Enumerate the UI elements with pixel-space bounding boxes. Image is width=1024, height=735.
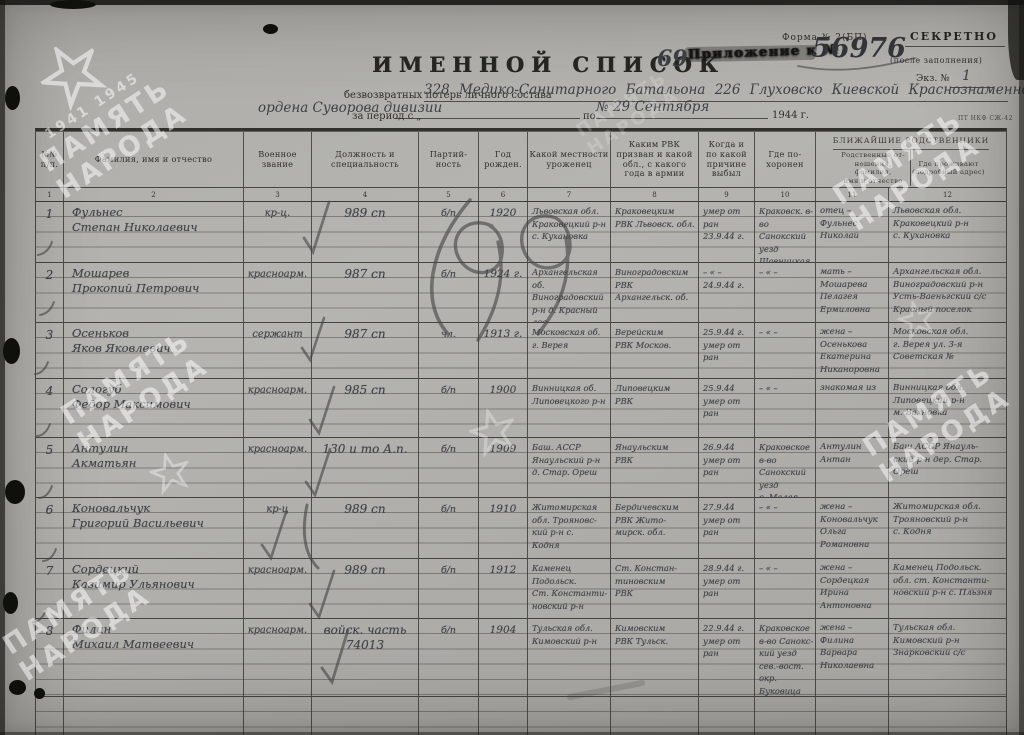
column-header: Родственные от- ношения, фамилия, имя и … (836, 150, 911, 186)
table-cell: 22.9.44 г. умер от ран (699, 619, 755, 697)
table-cell: 130 и то А.п. (312, 438, 419, 498)
table-cell: 987 сп (312, 323, 419, 379)
losses-table: №№ п/п. Фамилия, имя и отчество Военное … (35, 128, 1007, 735)
table-cell: Фульнес Степан Николаевич (64, 202, 244, 263)
table-cell (889, 697, 1006, 735)
punch-hole (9, 680, 26, 695)
table-cell: Житомирская обл. Трояновский р-н с. Кодн… (889, 498, 1006, 559)
table-row: 7Сордецкий Казимир Ульяновичкрасноарм.98… (36, 559, 1006, 619)
table-cell: 989 сп (312, 498, 419, 559)
table-cell (816, 697, 889, 735)
table-cell: 25.9.44 умер от ран (699, 379, 755, 438)
table-cell: 4 (36, 379, 64, 438)
table-cell: – « – 24.9.44 г. (699, 263, 755, 323)
table-cell: 5 (36, 438, 64, 498)
table-cell: 7 (36, 559, 64, 619)
column-header: Каким РВК призван и какой обл., с какого… (611, 132, 699, 187)
table-cell: 2 (36, 263, 64, 323)
table-cell (479, 697, 528, 735)
table-cell (312, 697, 419, 735)
table-cell: 25.9.44 г. умер от ран (699, 323, 755, 379)
table-cell (611, 697, 699, 735)
column-header: Военное звание (244, 132, 312, 187)
subtitle-rule (424, 101, 1008, 102)
table-cell: Каменец Подольск. обл. ст. Константи- но… (889, 559, 1006, 619)
table-cell: Тульская обл. Кимовский р-н (528, 619, 611, 697)
table-cell: Верейским РВК Москов. (611, 323, 699, 379)
table-cell: кр-ц. (244, 202, 312, 263)
table-cell: Тульская обл. Кимовский р-н Знарковский … (889, 619, 1006, 697)
period-handwritten: ордена Суворова дивизии (258, 100, 442, 116)
table-cell: Янаульским РВК (611, 438, 699, 498)
table-cell: Московская об. г. Верея (528, 323, 611, 379)
table-cell: Антулин Антан (816, 438, 889, 498)
column-header: Фамилия, имя и отчество (64, 132, 244, 187)
table-row: 5Антулин Акматьянкрасноарм.130 и то А.п.… (36, 438, 1006, 498)
table-cell: Московская обл. г. Верея ул. 3-я Советск… (889, 323, 1006, 379)
period-printed-po: по (583, 111, 596, 122)
table-row: 2Мошарев Прокопий Петровичкрасноарм.987 … (36, 263, 1006, 323)
table-cell: Львовская обл. Краковецкий р-н с. Кухано… (889, 202, 1006, 263)
column-number: 8 (611, 188, 699, 201)
table-cell: 1909 (479, 438, 528, 498)
table-cell: Архангельская обл. Виноградовский р-н Ус… (889, 263, 1006, 323)
table-cell: 1913 г. (479, 323, 528, 379)
table-cell: 1912 (479, 559, 528, 619)
table-cell: отец – Фульнес Николай (816, 202, 889, 263)
title-number-handwritten: 69 (657, 46, 688, 72)
table-cell: 1904 (479, 619, 528, 697)
star-icon (28, 30, 114, 116)
period-rule-1 (395, 118, 580, 119)
table-cell: умер от ран 23.9.44 г. (699, 202, 755, 263)
table-cell: Львовская обл. Краковецкий р-н с. Кухано… (528, 202, 611, 263)
table-cell: – « – (755, 559, 816, 619)
column-number: 4 (312, 188, 419, 201)
column-number: 2 (64, 188, 244, 201)
table-cell: Антулин Акматьян (64, 438, 244, 498)
print-code: ПТ НКФ СЖ-42 (958, 115, 1013, 122)
column-header: Когда и по какой причине выбыл (699, 132, 755, 187)
table-cell: Баш. АССР Янаульский р-н д. Стар. Ореш (528, 438, 611, 498)
table-cell (528, 697, 611, 735)
column-header: Где проживают (подробный адрес) (911, 150, 986, 186)
column-header: Какой местности уроженец (528, 132, 611, 187)
table-cell: Каменец Подольск. Ст. Константи- новский… (528, 559, 611, 619)
table-cell: б/п (419, 619, 479, 697)
table-cell: б/п (419, 379, 479, 438)
table-cell: Коновальчук Григорий Васильевич (64, 498, 244, 559)
table-cell: Мошарев Прокопий Петрович (64, 263, 244, 323)
column-number-row: 1 2 3 4 5 6 7 8 9 10 11 12 (36, 187, 1006, 202)
table-cell: красноарм. (244, 263, 312, 323)
table-row: 1Фульнес Степан Николаевичкр-ц.989 спб/п… (36, 202, 1006, 263)
period-rule-2 (596, 118, 768, 119)
table-header-row: №№ п/п. Фамилия, имя и отчество Военное … (36, 131, 1006, 187)
punch-hole (5, 86, 20, 110)
ink-spot (263, 24, 278, 34)
scan-edge-left (0, 0, 5, 735)
period-number-handwritten: № 29 Сентября (596, 99, 709, 115)
table-cell: Сордецкий Казимир Ульянович (64, 559, 244, 619)
table-row: 8Филин Михаил Матвеевичкрасноарм.войск. … (36, 619, 1006, 697)
scan-edge-top (0, 0, 1024, 5)
table-body: 1Фульнес Степан Николаевичкр-ц.989 спб/п… (36, 202, 1006, 735)
table-cell: Виноградовским РВК Архангельск. об. (611, 263, 699, 323)
table-cell: Ст. Констан- тиновским РВК (611, 559, 699, 619)
punch-hole (3, 338, 20, 364)
attachment-number-handwritten: 56976 (812, 33, 906, 64)
table-cell: красноарм. (244, 379, 312, 438)
table-cell: Краковецким РВК Львовск. обл. (611, 202, 699, 263)
punch-hole (3, 592, 18, 614)
table-cell: Сологуб Федор Максимович (64, 379, 244, 438)
paper-tear (50, 0, 96, 9)
table-cell: Житомирская обл. Трояновс- кий р-н с. Ко… (528, 498, 611, 559)
table-cell: Краковское в-во Санокс- кий уезд сев.-во… (755, 619, 816, 697)
table-cell: Баш АССР Янауль- ский р-н дер. Стар. Оре… (889, 438, 1006, 498)
column-number: 5 (419, 188, 479, 201)
table-row: 4Сологуб Федор Максимовичкрасноарм.985 с… (36, 379, 1006, 438)
table-cell: красноарм. (244, 619, 312, 697)
column-number: 6 (479, 188, 528, 201)
secret-underline (905, 46, 1005, 47)
table-cell: Архангельская об. Виноградовский р-н д. … (528, 263, 611, 323)
column-header: Где по- хоронен (755, 132, 816, 187)
table-cell: Бердичевским РВК Жито- мирск. обл. (611, 498, 699, 559)
table-cell: чл. (419, 323, 479, 379)
scan-edge-right (1019, 0, 1024, 735)
year-printed: 1944 г. (772, 110, 809, 121)
table-cell: Липовецким РВК (611, 379, 699, 438)
table-cell (699, 697, 755, 735)
secret-label: СЕКРЕТНО (910, 30, 998, 43)
column-number: 9 (699, 188, 755, 201)
empty-ruled-row (36, 697, 1006, 735)
column-header: Должность и специальность (312, 132, 419, 187)
table-cell: 985 сп (312, 379, 419, 438)
table-cell: жена – Коновальчук Ольга Романовна (816, 498, 889, 559)
table-cell: красноарм. (244, 559, 312, 619)
table-row: 3Осеньков Яков Яковлевичсержант987 спчл.… (36, 323, 1006, 379)
table-row: 6Коновальчук Григорий Васильевичкр-ц989 … (36, 498, 1006, 559)
table-cell: 6 (36, 498, 64, 559)
table-cell: жена – Осенькова Екатерина Никаноровна (816, 323, 889, 379)
table-cell: – « – (755, 498, 816, 559)
column-number: 3 (244, 188, 312, 201)
table-cell: красноарм. (244, 438, 312, 498)
table-cell (36, 697, 64, 735)
relatives-group-title: БЛИЖАЙШИЕ РОДСТВЕННИКИ (833, 133, 990, 150)
table-cell: мать – Мошарева Пелагея Ермиловна (816, 263, 889, 323)
table-cell: Осеньков Яков Яковлевич (64, 323, 244, 379)
table-cell: Филин Михаил Матвеевич (64, 619, 244, 697)
table-cell: – « – (755, 323, 816, 379)
table-cell: б/п (419, 498, 479, 559)
table-cell: сержант (244, 323, 312, 379)
column-header: Партий- ность (419, 132, 479, 187)
column-number: 1 (36, 188, 64, 201)
table-cell: б/п (419, 438, 479, 498)
column-header: Год рожден. (479, 132, 528, 187)
column-number: 7 (528, 188, 611, 201)
document-page: Форма № 2(БП) СЕКРЕТНО (после заполнения… (0, 0, 1024, 735)
relatives-group-header: БЛИЖАЙШИЕ РОДСТВЕННИКИ Родственные от- н… (816, 132, 1006, 187)
column-number: 10 (755, 188, 816, 201)
column-number: 11 (816, 188, 889, 201)
column-number: 12 (889, 188, 1006, 201)
table-cell (755, 697, 816, 735)
table-cell: знакомая из (816, 379, 889, 438)
table-cell (419, 697, 479, 735)
table-cell: – « – (755, 379, 816, 438)
corner-tear (1008, 0, 1024, 80)
table-cell: кр-ц (244, 498, 312, 559)
table-cell: 28.9.44 г. умер от ран (699, 559, 755, 619)
table-cell: 989 сп (312, 559, 419, 619)
table-cell: Краковск. в-во Санокский уезд Щавницкая … (755, 202, 816, 263)
table-cell: б/п (419, 559, 479, 619)
table-cell (244, 697, 312, 735)
table-cell: б/п (419, 263, 479, 323)
table-cell: 1 (36, 202, 64, 263)
table-cell: б/п (419, 202, 479, 263)
table-cell: Краковское в-во Санокский уезд с. Малая … (755, 438, 816, 498)
table-cell: 1924 г. (479, 263, 528, 323)
table-cell: 27.9.44 умер от ран (699, 498, 755, 559)
table-cell: Винницкая обл. Липовецкий р-н м. Вахновк… (889, 379, 1006, 438)
table-cell: жена – Филина Варвара Николаевна (816, 619, 889, 697)
table-cell (64, 697, 244, 735)
table-cell: 1910 (479, 498, 528, 559)
punch-hole (5, 480, 25, 504)
column-header: №№ п/п. (36, 132, 64, 187)
table-cell: 3 (36, 323, 64, 379)
table-cell: Кимовским РВК Тульск. (611, 619, 699, 697)
table-cell: 8 (36, 619, 64, 697)
table-cell: жена – Сордецкая Ирина Антоновна (816, 559, 889, 619)
table-cell: войск. часть 74013 (312, 619, 419, 697)
table-cell: 987 сп (312, 263, 419, 323)
table-cell: – « – (755, 263, 816, 323)
table-cell: 989 сп (312, 202, 419, 263)
table-cell: 1900 (479, 379, 528, 438)
table-cell: 26.9.44 умер от ран (699, 438, 755, 498)
table-cell: Винницкая об. Липовецкого р-н (528, 379, 611, 438)
table-cell: 1920 (479, 202, 528, 263)
subtitle-handwritten: 328 Медико-Санитарного Батальона 226 Глу… (424, 82, 1024, 98)
